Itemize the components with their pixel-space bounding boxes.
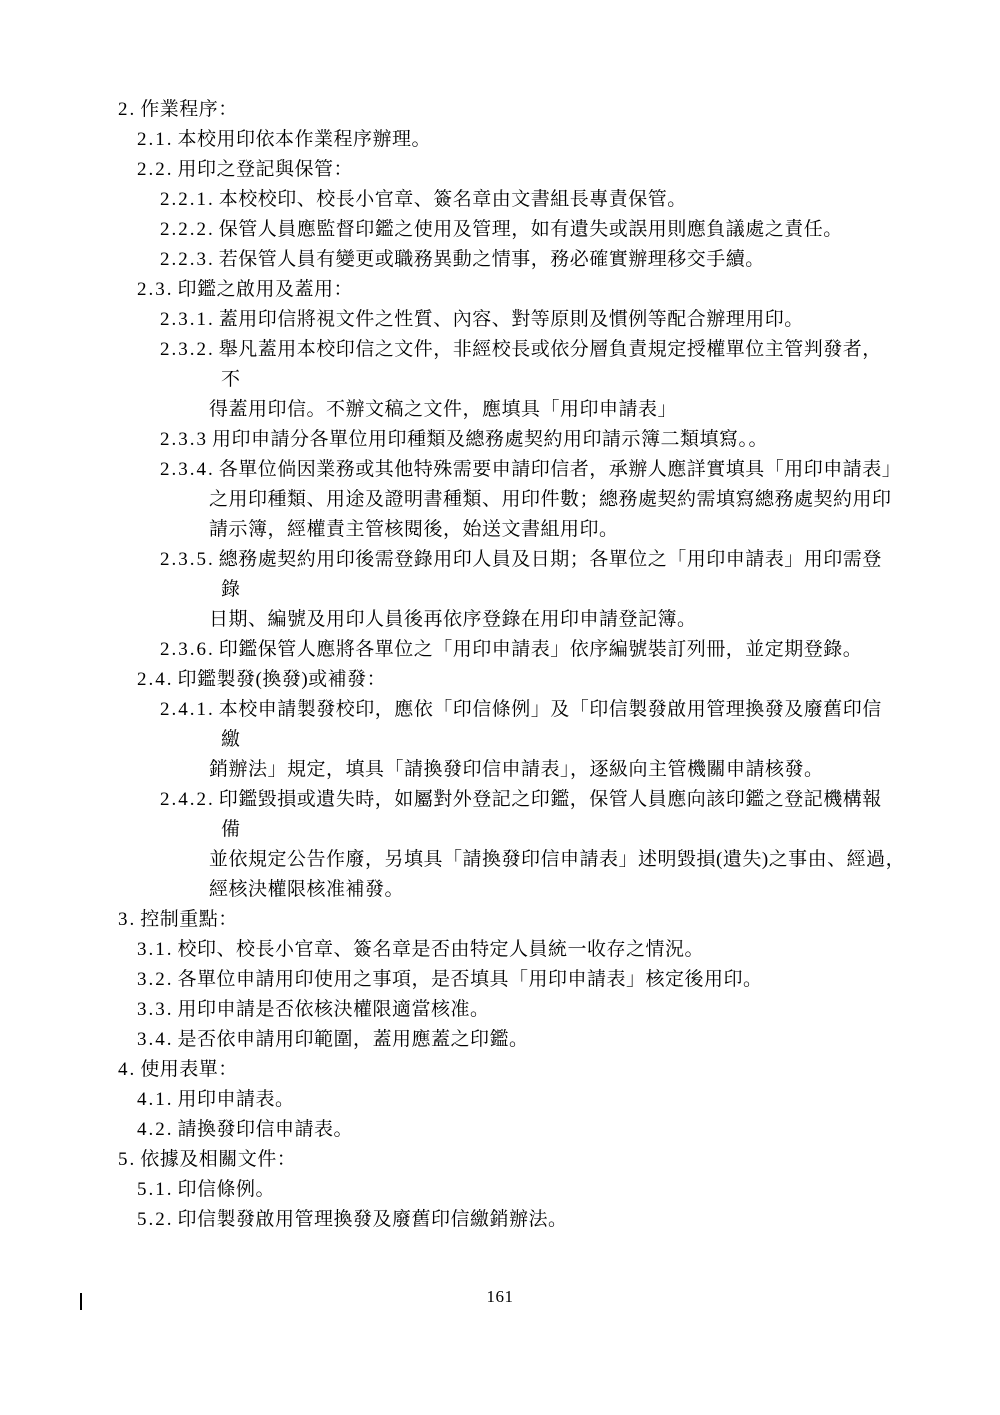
- document-line: 2.4.1.本校申請製發校印，應依「印信條例」及「印信製發啟用管理換發及廢舊印信: [0, 695, 1000, 725]
- list-item-text: 控制重點：: [140, 909, 238, 930]
- list-item-text: 印鑑保管人應將各單位之「用印申請表」依序編號裝訂列冊，並定期登錄。: [219, 639, 863, 660]
- list-item-number: 2.3.5.: [160, 549, 215, 570]
- document-line: 經核決權限核准補發。: [0, 875, 1000, 905]
- list-item-number: 4.2.: [137, 1119, 174, 1140]
- document-line: 請示簿，經權責主管核閱後，始送文書組用印。: [0, 515, 1000, 545]
- list-item-text: 並依規定公告作廢，另填具「請換發印信申請表」述明毀損(遺失)之事由、經過，: [209, 849, 905, 870]
- list-item-number: 2.3.1.: [160, 309, 215, 330]
- list-item-text: 印信製發啟用管理換發及廢舊印信繳銷辦法。: [178, 1209, 568, 1230]
- document-line: 4.1.用印申請表。: [0, 1085, 1000, 1115]
- list-item-number: 2.1.: [137, 129, 174, 150]
- document-line: 2.1.本校用印依本作業程序辦理。: [0, 125, 1000, 155]
- list-item-number: 2.3.: [137, 279, 174, 300]
- list-item-text: 繳: [221, 729, 241, 750]
- list-item-text: 日期、編號及用印人員後再依序登錄在用印申請登記簿。: [209, 609, 697, 630]
- list-item-number: 4.: [118, 1059, 136, 1080]
- list-item-number: 3.: [118, 909, 136, 930]
- list-item-text: 總務處契約用印後需登錄用印人員及日期；各單位之「用印申請表」用印需登: [219, 549, 882, 570]
- list-item-text: 用印申請分各單位用印種類及總務處契約用印請示簿二類填寫。。: [212, 429, 768, 450]
- document-line: 2.2.3.若保管人員有變更或職務異動之情事，務必確實辦理移交手續。: [0, 245, 1000, 275]
- list-item-text: 用印申請是否依核決權限適當核准。: [178, 999, 490, 1020]
- list-item-number: 3.1.: [137, 939, 174, 960]
- document-line: 3.3.用印申請是否依核決權限適當核准。: [0, 995, 1000, 1025]
- list-item-text: 保管人員應監督印鑑之使用及管理，如有遺失或誤用則應負議處之責任。: [219, 219, 843, 240]
- document-line: 日期、編號及用印人員後再依序登錄在用印申請登記簿。: [0, 605, 1000, 635]
- list-item-number: 5.: [118, 1149, 136, 1170]
- document-line: 銷辦法」規定，填具「請換發印信申請表」，逐級向主管機關申請核發。: [0, 755, 1000, 785]
- document-line: 4.2.請換發印信申請表。: [0, 1115, 1000, 1145]
- document-line: 5.1.印信條例。: [0, 1175, 1000, 1205]
- list-item-number: 5.2.: [137, 1209, 174, 1230]
- document-line: 之用印種類、用途及證明書種類、用印件數；總務處契約需填寫總務處契約用印: [0, 485, 1000, 515]
- list-item-text: 印鑑製發(換發)或補發：: [178, 669, 387, 690]
- document-line: 並依規定公告作廢，另填具「請換發印信申請表」述明毀損(遺失)之事由、經過，: [0, 845, 1000, 875]
- document-body: 2.作業程序：2.1.本校用印依本作業程序辦理。2.2.用印之登記與保管：2.2…: [0, 95, 1000, 1235]
- list-item-number: 2.3.6.: [160, 639, 215, 660]
- list-item-number: 2.4.1.: [160, 699, 215, 720]
- list-item-text: 備: [221, 819, 241, 840]
- list-item-text: 使用表單：: [140, 1059, 238, 1080]
- document-line: 得蓋用印信。不辦文稿之文件，應填具「用印申請表」: [0, 395, 1000, 425]
- document-line: 2.2.用印之登記與保管：: [0, 155, 1000, 185]
- list-item-text: 請示簿，經權責主管核閱後，始送文書組用印。: [209, 519, 619, 540]
- list-item-text: 若保管人員有變更或職務異動之情事，務必確實辦理移交手續。: [219, 249, 765, 270]
- document-line: 不: [0, 365, 1000, 395]
- page-number: 161: [0, 1286, 1000, 1308]
- document-line: 2.3.1.蓋用印信將視文件之性質、內容、對等原則及慣例等配合辦理用印。: [0, 305, 1000, 335]
- document-line: 2.3.2.舉凡蓋用本校印信之文件，非經校長或依分層負責規定授權單位主管判發者，: [0, 335, 1000, 365]
- list-item-number: 2.3.4.: [160, 459, 215, 480]
- document-line: 備: [0, 815, 1000, 845]
- document-line: 3.4.是否依申請用印範圍，蓋用應蓋之印鑑。: [0, 1025, 1000, 1055]
- list-item-number: 5.1.: [137, 1179, 174, 1200]
- document-line: 2.3.3用印申請分各單位用印種類及總務處契約用印請示簿二類填寫。。: [0, 425, 1000, 455]
- list-item-number: 2.2.: [137, 159, 174, 180]
- list-item-number: 2.4.2.: [160, 789, 215, 810]
- list-item-number: 3.2.: [137, 969, 174, 990]
- list-item-number: 2.3.3: [160, 429, 208, 450]
- document-line: 錄: [0, 575, 1000, 605]
- document-line: 2.3.5.總務處契約用印後需登錄用印人員及日期；各單位之「用印申請表」用印需登: [0, 545, 1000, 575]
- list-item-text: 之用印種類、用途及證明書種類、用印件數；總務處契約需填寫總務處契約用印: [209, 489, 892, 510]
- document-line: 繳: [0, 725, 1000, 755]
- list-item-number: 2.: [118, 99, 136, 120]
- list-item-text: 印鑑之啟用及蓋用：: [178, 279, 354, 300]
- list-item-text: 經核決權限核准補發。: [209, 879, 404, 900]
- list-item-number: 2.3.2.: [160, 339, 215, 360]
- list-item-text: 得蓋用印信。不辦文稿之文件，應填具「用印申請表」: [209, 399, 677, 420]
- list-item-number: 2.2.1.: [160, 189, 215, 210]
- list-item-text: 銷辦法」規定，填具「請換發印信申請表」，逐級向主管機關申請核發。: [209, 759, 824, 780]
- list-item-text: 印信條例。: [178, 1179, 276, 1200]
- list-item-text: 是否依申請用印範圍，蓋用應蓋之印鑑。: [178, 1029, 529, 1050]
- list-item-text: 校印、校長小官章、簽名章是否由特定人員統一收存之情況。: [178, 939, 705, 960]
- list-item-text: 各單位申請用印使用之事項，是否填具「用印申請表」核定後用印。: [178, 969, 763, 990]
- document-line: 2.作業程序：: [0, 95, 1000, 125]
- document-page: 2.作業程序：2.1.本校用印依本作業程序辦理。2.2.用印之登記與保管：2.2…: [0, 0, 1000, 1415]
- document-line: 4.使用表單：: [0, 1055, 1000, 1085]
- document-line: 2.4.2.印鑑毀損或遺失時，如屬對外登記之印鑑，保管人員應向該印鑑之登記機構報: [0, 785, 1000, 815]
- document-line: 2.2.1.本校校印、校長小官章、簽名章由文書組長專責保管。: [0, 185, 1000, 215]
- document-line: 2.3.印鑑之啟用及蓋用：: [0, 275, 1000, 305]
- list-item-text: 本校申請製發校印，應依「印信條例」及「印信製發啟用管理換發及廢舊印信: [219, 699, 882, 720]
- list-item-text: 本校校印、校長小官章、簽名章由文書組長專責保管。: [219, 189, 687, 210]
- document-line: 2.3.4.各單位倘因業務或其他特殊需要申請印信者，承辦人應詳實填具「用印申請表…: [0, 455, 1000, 485]
- list-item-number: 3.3.: [137, 999, 174, 1020]
- list-item-text: 本校用印依本作業程序辦理。: [178, 129, 432, 150]
- list-item-text: 依據及相關文件：: [140, 1149, 296, 1170]
- document-line: 3.控制重點：: [0, 905, 1000, 935]
- document-line: 5.依據及相關文件：: [0, 1145, 1000, 1175]
- document-line: 5.2.印信製發啟用管理換發及廢舊印信繳銷辦法。: [0, 1205, 1000, 1235]
- list-item-text: 作業程序：: [140, 99, 238, 120]
- list-item-number: 2.2.2.: [160, 219, 215, 240]
- list-item-number: 2.4.: [137, 669, 174, 690]
- list-item-number: 2.2.3.: [160, 249, 215, 270]
- list-item-text: 舉凡蓋用本校印信之文件，非經校長或依分層負責規定授權單位主管判發者，: [219, 339, 882, 360]
- list-item-text: 錄: [221, 579, 241, 600]
- document-line: 3.2.各單位申請用印使用之事項，是否填具「用印申請表」核定後用印。: [0, 965, 1000, 995]
- list-item-text: 各單位倘因業務或其他特殊需要申請印信者，承辦人應詳實填具「用印申請表」: [219, 459, 902, 480]
- document-line: 2.2.2.保管人員應監督印鑑之使用及管理，如有遺失或誤用則應負議處之責任。: [0, 215, 1000, 245]
- list-item-text: 請換發印信申請表。: [178, 1119, 354, 1140]
- document-line: 3.1.校印、校長小官章、簽名章是否由特定人員統一收存之情況。: [0, 935, 1000, 965]
- list-item-text: 用印申請表。: [178, 1089, 295, 1110]
- list-item-text: 用印之登記與保管：: [178, 159, 354, 180]
- document-line: 2.3.6.印鑑保管人應將各單位之「用印申請表」依序編號裝訂列冊，並定期登錄。: [0, 635, 1000, 665]
- list-item-text: 蓋用印信將視文件之性質、內容、對等原則及慣例等配合辦理用印。: [219, 309, 804, 330]
- list-item-text: 不: [221, 369, 241, 390]
- list-item-text: 印鑑毀損或遺失時，如屬對外登記之印鑑，保管人員應向該印鑑之登記機構報: [219, 789, 882, 810]
- list-item-number: 3.4.: [137, 1029, 174, 1050]
- document-line: 2.4.印鑑製發(換發)或補發：: [0, 665, 1000, 695]
- list-item-number: 4.1.: [137, 1089, 174, 1110]
